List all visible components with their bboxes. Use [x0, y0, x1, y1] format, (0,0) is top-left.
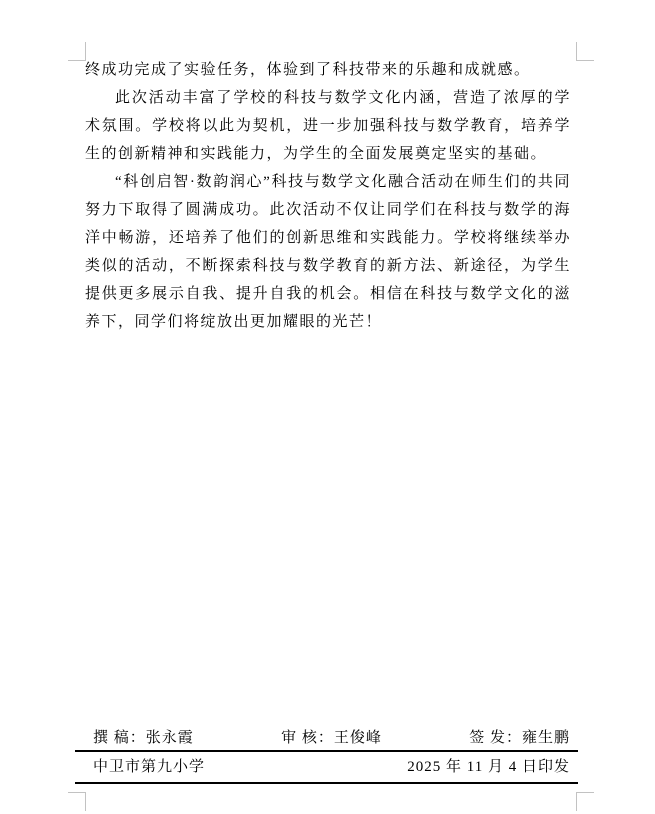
drafter-label: 撰 稿：张永霞 — [93, 726, 194, 750]
crop-mark-bottom-left — [68, 792, 86, 811]
paragraph-summary: 此次活动丰富了学校的科技与数学文化内涵，营造了浓厚的学术氛围。学校将以此为契机，… — [85, 84, 571, 168]
print-date: 2025 年 11 月 4 日印发 — [407, 752, 570, 782]
crop-mark-top-right — [576, 42, 594, 61]
paragraph-conclusion: “科创启智·数韵润心”科技与数学文化融合活动在师生们的共同努力下取得了圆满成功。… — [85, 168, 571, 336]
paragraph-continuation: 终成功完成了实验任务，体验到了科技带来的乐趣和成就感。 — [85, 56, 571, 84]
issuer-label: 签 发：雍生鹏 — [469, 726, 570, 750]
signature-row: 撰 稿：张永霞 审 核：王俊峰 签 发：雍生鹏 — [75, 726, 578, 752]
document-body: 终成功完成了实验任务，体验到了科技带来的乐趣和成就感。 此次活动丰富了学校的科技… — [85, 56, 571, 336]
reviewer-label: 审 核：王俊峰 — [281, 726, 382, 750]
organization-name: 中卫市第九小学 — [93, 752, 205, 782]
crop-mark-top-left — [68, 42, 86, 61]
document-footer: 撰 稿：张永霞 审 核：王俊峰 签 发：雍生鹏 中卫市第九小学 2025 年 1… — [75, 726, 578, 784]
imprint-row: 中卫市第九小学 2025 年 11 月 4 日印发 — [75, 752, 578, 784]
crop-mark-bottom-right — [576, 792, 594, 811]
